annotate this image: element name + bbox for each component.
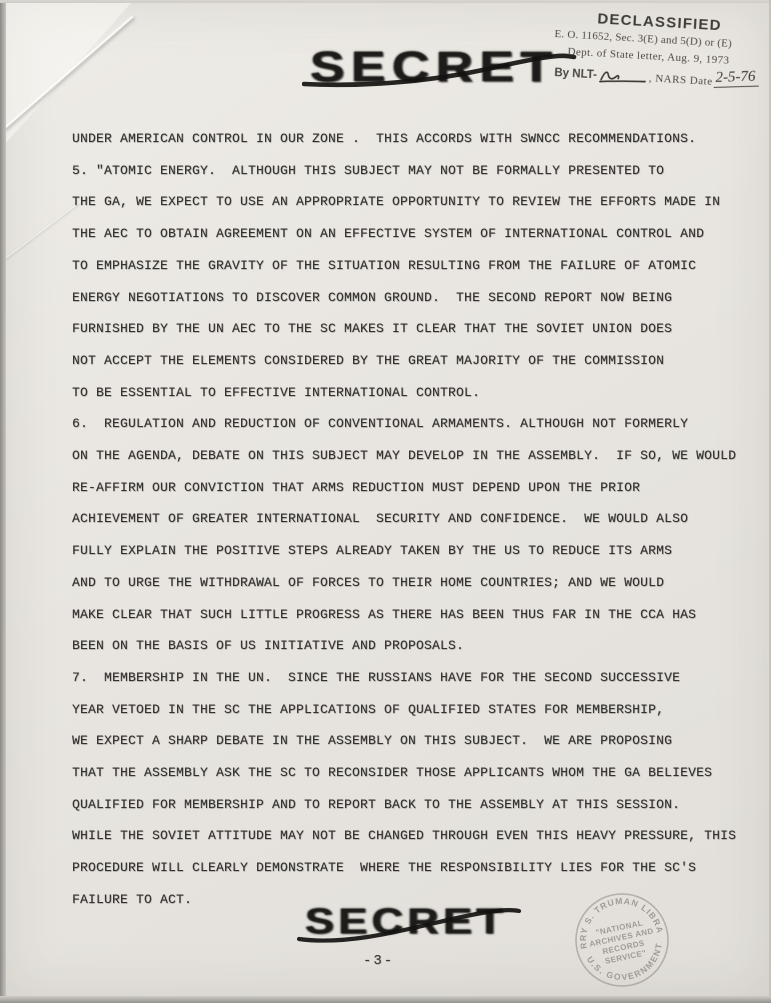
text-line: THE GA, WE EXPECT TO USE AN APPROPRIATE … xyxy=(72,186,744,218)
text-line: YEAR VETOED IN THE SC THE APPLICATIONS O… xyxy=(72,694,744,726)
text-line: TO EMPHASIZE THE GRAVITY OF THE SITUATIO… xyxy=(72,250,744,282)
text-line: RE-AFFIRM OUR CONVICTION THAT ARMS REDUC… xyxy=(72,472,744,504)
text-line: ACHIEVEMENT OF GREATER INTERNATIONAL SEC… xyxy=(72,503,744,535)
scanned-document-page: SECRET DECLASSIFIED E. O. 11652, Sec. 3(… xyxy=(0,0,771,1003)
text-line: UNDER AMERICAN CONTROL IN OUR ZONE . THI… xyxy=(72,123,744,155)
scan-edge xyxy=(0,996,771,1003)
secret-stamp-top: SECRET xyxy=(310,42,570,102)
text-line: BEEN ON THE BASIS OF US INITIATIVE AND P… xyxy=(72,630,744,662)
text-line: FURNISHED BY THE UN AEC TO THE SC MAKES … xyxy=(72,313,744,345)
text-line: THAT THE ASSEMBLY ASK THE SC TO RECONSID… xyxy=(72,757,744,789)
text-line: ENERGY NEGOTIATIONS TO DISCOVER COMMON G… xyxy=(72,282,744,314)
secret-stamp-text: SECRET xyxy=(310,42,558,91)
signature-scribble xyxy=(597,67,648,86)
document-body: UNDER AMERICAN CONTROL IN OUR ZONE . THI… xyxy=(72,123,744,916)
text-line: WE EXPECT A SHARP DEBATE IN THE ASSEMBLY… xyxy=(72,725,744,757)
scan-edge xyxy=(0,0,771,3)
text-line: WHILE THE SOVIET ATTITUDE MAY NOT BE CHA… xyxy=(72,820,744,852)
text-line: NOT ACCEPT THE ELEMENTS CONSIDERED BY TH… xyxy=(72,345,744,377)
text-line: 7. MEMBERSHIP IN THE UN. SINCE THE RUSSI… xyxy=(72,662,744,694)
text-line: 6. REGULATION AND REDUCTION OF CONVENTIO… xyxy=(72,408,744,440)
scan-edge xyxy=(0,0,6,1003)
secret-stamp-bottom: SECRET xyxy=(305,901,525,953)
text-line: MAKE CLEAR THAT SUCH LITTLE PROGRESS AS … xyxy=(72,599,744,631)
text-line: FULLY EXPLAIN THE POSITIVE STEPS ALREADY… xyxy=(72,535,744,567)
text-line: AND TO URGE THE WITHDRAWAL OF FORCES TO … xyxy=(72,567,744,599)
page-number: -3- xyxy=(363,953,394,969)
by-nlt-label: By NLT- xyxy=(554,67,597,81)
secret-stamp-text: SECRET xyxy=(305,901,507,942)
text-line: QUALIFIED FOR MEMBERSHIP AND TO REPORT B… xyxy=(72,789,744,821)
handwritten-date: 2-5-76 xyxy=(714,69,760,88)
archive-stamp: HARRY S. TRUMAN LIBRARY U.S. GOVERNMENT … xyxy=(556,874,689,1003)
text-line: ON THE AGENDA, DEBATE ON THIS SUBJECT MA… xyxy=(72,440,744,472)
text-line: TO BE ESSENTIAL TO EFFECTIVE INTERNATION… xyxy=(72,377,744,409)
text-line: THE AEC TO OBTAIN AGREEMENT ON AN EFFECT… xyxy=(72,218,744,250)
text-line: 5. "ATOMIC ENERGY. ALTHOUGH THIS SUBJECT… xyxy=(72,155,744,187)
declassification-stamp: DECLASSIFIED E. O. 11652, Sec. 3(E) and … xyxy=(552,8,771,91)
